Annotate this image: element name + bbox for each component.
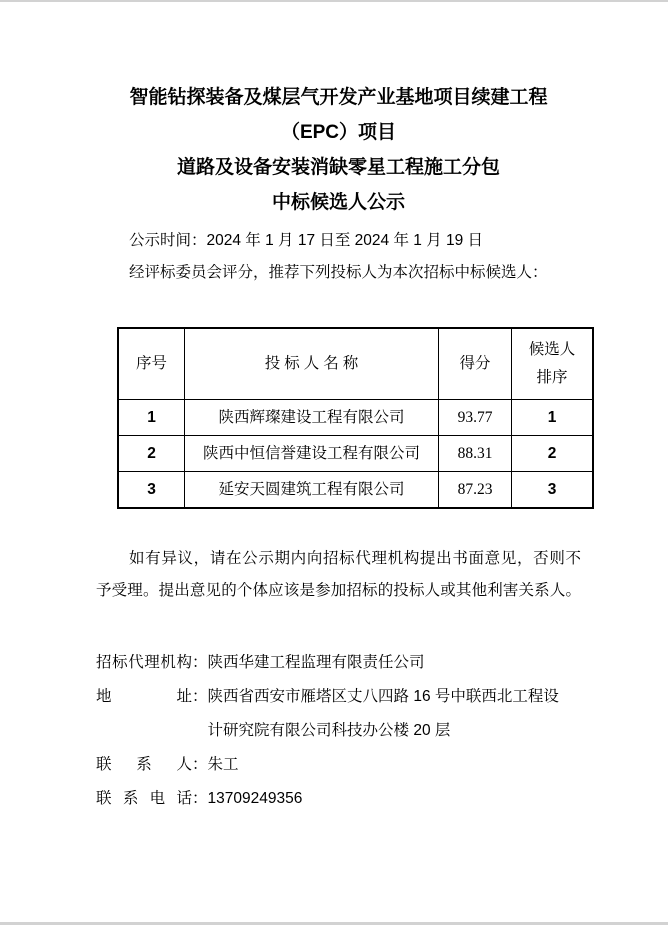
- page-bottom-edge-line: [0, 922, 668, 925]
- document-title: 智能钻探装备及煤层气开发产业基地项目续建工程（EPC）项目 道路及设备安装消缺零…: [96, 80, 581, 220]
- document-title-line-2: 道路及设备安装消缺零星工程施工分包: [96, 150, 581, 185]
- table-row: 3 延安天圆建筑工程有限公司 87.23 3: [118, 472, 593, 509]
- cell-bidder-name: 陕西中恒信誉建设工程有限公司: [185, 436, 439, 472]
- intro-paragraphs: 公示时间：2024 年 1 月 17 日至 2024 年 1 月 19 日 经评…: [96, 225, 581, 289]
- col-header-no: 序号: [118, 328, 185, 400]
- objection-line-1: 如有异议，请在公示期内向招标代理机构提出书面意见，否则不: [96, 543, 581, 575]
- col-header-bidder-name: 投标人名称: [185, 328, 439, 400]
- contact-person-row: 联系人 ： 朱工: [96, 748, 581, 782]
- col-header-rank-line-2: 排序: [512, 364, 592, 392]
- contact-person-value: 朱工: [208, 748, 581, 782]
- cell-rank: 3: [512, 472, 594, 509]
- contact-agency-label: 招标代理机构: [96, 646, 192, 680]
- cell-score: 88.31: [439, 436, 512, 472]
- cell-score: 93.77: [439, 400, 512, 436]
- cell-score: 87.23: [439, 472, 512, 509]
- contact-agency-row: 招标代理机构 ： 陕西华建工程监理有限责任公司: [96, 646, 581, 680]
- contact-person-colon: ：: [192, 748, 208, 782]
- cell-bidder-name: 陕西辉璨建设工程有限公司: [185, 400, 439, 436]
- table-row: 2 陕西中恒信誉建设工程有限公司 88.31 2: [118, 436, 593, 472]
- objection-line-2: 予受理。提出意见的个体应该是参加招标的投标人或其他利害关系人。: [96, 575, 581, 607]
- col-header-candidate-rank: 候选人 排序: [512, 328, 594, 400]
- cell-serial-no: 3: [118, 472, 185, 509]
- document-body: 智能钻探装备及煤层气开发产业基地项目续建工程（EPC）项目 道路及设备安装消缺零…: [0, 0, 668, 816]
- table-header-row: 序号 投标人名称 得分 候选人 排序: [118, 328, 593, 400]
- table-row: 1 陕西辉璨建设工程有限公司 93.77 1: [118, 400, 593, 436]
- contact-address-colon: ：: [192, 680, 208, 714]
- document-title-line-1: 智能钻探装备及煤层气开发产业基地项目续建工程（EPC）项目: [96, 80, 581, 150]
- contact-phone-label: 联系电话: [96, 782, 192, 816]
- cell-bidder-name: 延安天圆建筑工程有限公司: [185, 472, 439, 509]
- contact-block: 招标代理机构 ： 陕西华建工程监理有限责任公司 地址 ： 陕西省西安市雁塔区丈八…: [96, 646, 581, 816]
- cell-serial-no: 2: [118, 436, 185, 472]
- document-title-line-3: 中标候选人公示: [96, 185, 581, 220]
- contact-address-label: 地址: [96, 680, 192, 714]
- cell-rank: 2: [512, 436, 594, 472]
- contact-phone-value: 13709249356: [208, 782, 581, 816]
- publicity-period-text: 公示时间：2024 年 1 月 17 日至 2024 年 1 月 19 日: [96, 225, 581, 257]
- contact-agency-value: 陕西华建工程监理有限责任公司: [208, 646, 581, 680]
- announcement-page: { "document": { "title_lines": [ "智能钻探装备…: [0, 0, 668, 926]
- cell-rank: 1: [512, 400, 594, 436]
- objection-paragraph: 如有异议，请在公示期内向招标代理机构提出书面意见，否则不 予受理。提出意见的个体…: [96, 543, 581, 607]
- contact-address-line-2: 计研究院有限公司科技办公楼 20 层: [208, 714, 581, 748]
- contact-phone-row: 联系电话 ： 13709249356: [96, 782, 581, 816]
- contact-person-label: 联系人: [96, 748, 192, 782]
- col-header-rank-line-1: 候选人: [512, 336, 592, 364]
- cell-serial-no: 1: [118, 400, 185, 436]
- candidates-table: 序号 投标人名称 得分 候选人 排序 1 陕西辉璨建设工程有限公司 93.77 …: [117, 327, 594, 509]
- contact-agency-colon: ：: [192, 646, 208, 680]
- contact-address-row: 地址 ： 陕西省西安市雁塔区丈八四路 16 号中联西北工程设 计研究院有限公司科…: [96, 680, 581, 748]
- contact-address-line-1: 陕西省西安市雁塔区丈八四路 16 号中联西北工程设: [208, 680, 581, 714]
- page-top-edge-line: [0, 0, 668, 2]
- contact-phone-colon: ：: [192, 782, 208, 816]
- evaluation-note-text: 经评标委员会评分，推荐下列投标人为本次招标中标候选人：: [96, 257, 581, 289]
- contact-address-value: 陕西省西安市雁塔区丈八四路 16 号中联西北工程设 计研究院有限公司科技办公楼 …: [208, 680, 581, 748]
- col-header-score: 得分: [439, 328, 512, 400]
